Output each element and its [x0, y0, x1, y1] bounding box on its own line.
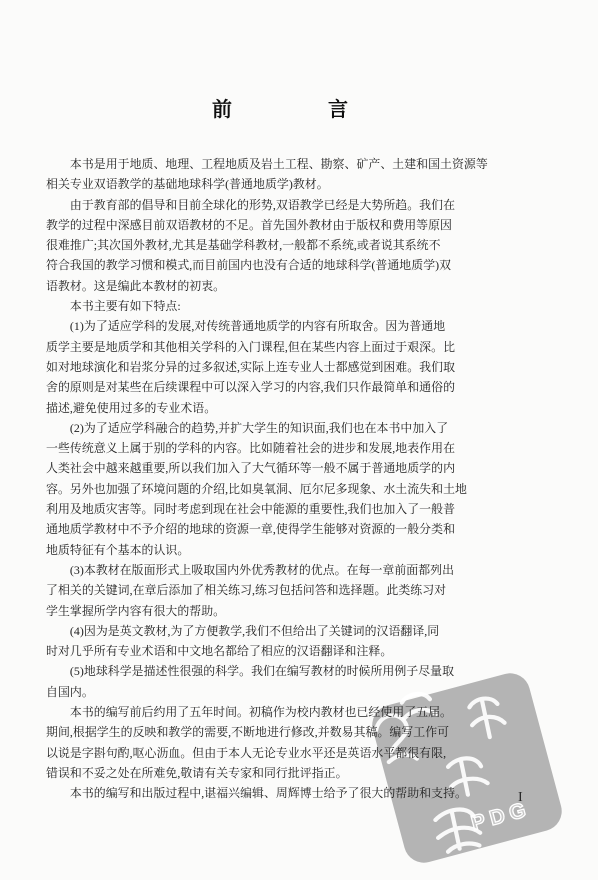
- preface-body: 本书是用于地质、地理、工程地质及岩土工程、勘察、矿产、土建和国土资源等 相关专业…: [46, 154, 478, 804]
- page-title: 前言: [212, 100, 444, 120]
- preface-paragraph: (3)本教材在版面形式上吸取国内外优秀教材的优点。在每一章前面都列出 了相关的关…: [46, 560, 478, 621]
- preface-paragraph: (2)为了适应学科融合的趋势,并扩大学生的知识面,我们也在本书中加入了 一些传统…: [46, 418, 478, 560]
- preface-paragraph: (5)地球科学是描述性很强的科学。我们在编写教材的时候所用例子尽量取 自国内。: [46, 661, 478, 702]
- preface-paragraph: 本书是用于地质、地理、工程地质及岩土工程、勘察、矿产、土建和国土资源等 相关专业…: [46, 154, 478, 195]
- page-number: I: [518, 790, 523, 806]
- preface-paragraph: 由于教育部的倡导和目前全球化的形势,双语教学已经是大势所趋。我们在 教学的过程中…: [46, 195, 478, 296]
- document-page: PDG 前言 本书是用于地质、地理、工程地质及岩土工程、勘察、矿产、土建和国土资…: [0, 0, 598, 880]
- preface-paragraph: (4)因为是英文教材,为了方便教学,我们不但给出了关键词的汉语翻译,同 时对几乎…: [46, 621, 478, 662]
- preface-paragraph: 本书主要有如下特点:: [46, 296, 478, 316]
- preface-paragraph: (1)为了适应学科的发展,对传统普通地质学的内容有所取舍。因为普通地 质学主要是…: [46, 316, 478, 417]
- preface-paragraph: 本书的编写和出版过程中,谌福兴编辑、周辉博士给予了很大的帮助和支持。: [46, 783, 478, 803]
- preface-paragraph: 本书的编写前后约用了五年时间。初稿作为校内教材也已经使用了五届。 期间,根据学生…: [46, 702, 478, 783]
